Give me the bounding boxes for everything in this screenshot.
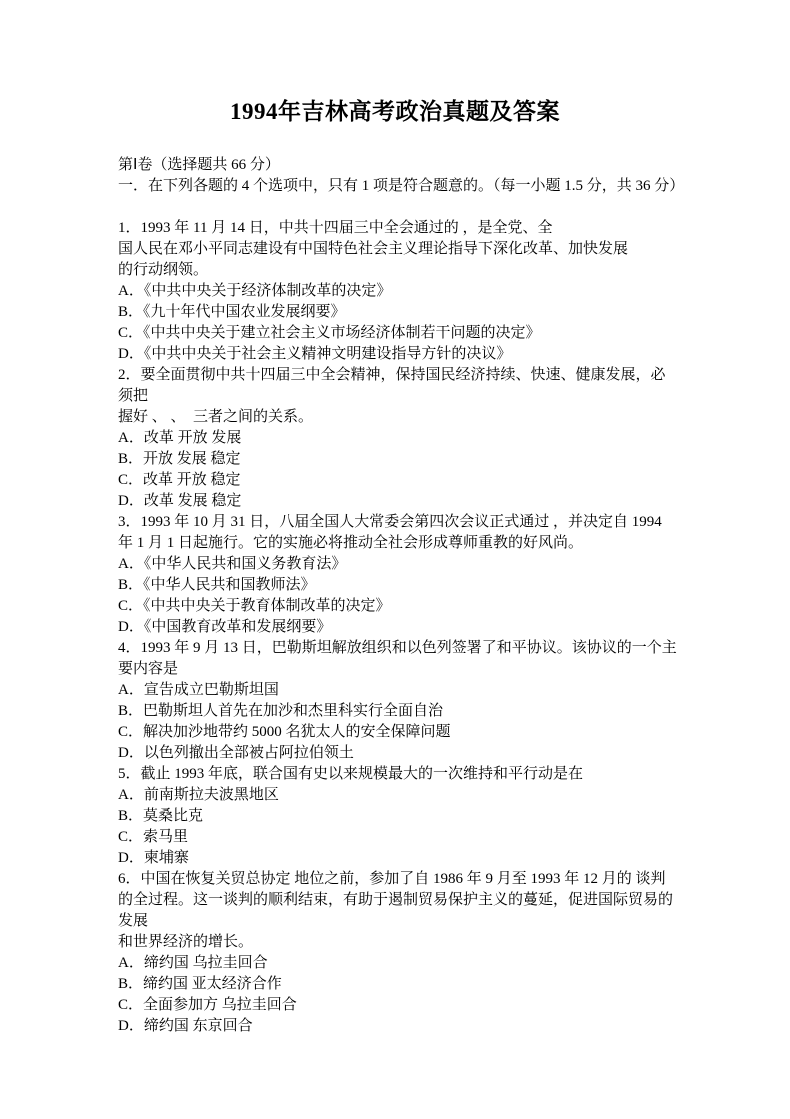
question-3-option-c: C．《中共中央关于教育体制改革的决定》: [118, 596, 680, 617]
section-header: 第Ⅰ卷（选择题共 66 分）: [118, 155, 680, 176]
question-4-option-b: B．巴勒斯坦人首先在加沙和杰里科实行全面自治: [118, 701, 680, 722]
document-title: 1994年吉林高考政治真题及答案: [0, 97, 790, 127]
question-5-option-c: C．索马里: [118, 827, 680, 848]
question-5-option-d: D．柬埔寨: [118, 848, 680, 869]
section-intro: 一．在下列各题的 4 个选项中，只有 1 项是符合题意的。（每一小题 1.5 分…: [118, 176, 680, 197]
question-4-option-c: C．解决加沙地带约 5000 名犹太人的安全保障问题: [118, 722, 680, 743]
question-1-option-b: B．《九十年代中国农业发展纲要》: [118, 302, 680, 323]
question-3-stem-line-1: 3．1993 年 10 月 31 日，八届全国人大常委会第四次会议正式通过 ，并…: [118, 512, 680, 533]
document-body: 第Ⅰ卷（选择题共 66 分） 一．在下列各题的 4 个选项中，只有 1 项是符合…: [118, 155, 680, 1037]
question-6-stem-line-1: 6．中国在恢复关贸总协定 地位之前，参加了自 1986 年 9 月至 1993 …: [118, 869, 680, 890]
question-4-option-d: D．以色列撤出全部被占阿拉伯领土: [118, 743, 680, 764]
question-2-option-c: C．改革 开放 稳定: [118, 470, 680, 491]
question-6-option-d: D．缔约国 东京回合: [118, 1016, 680, 1037]
document-page: 1994年吉林高考政治真题及答案 第Ⅰ卷（选择题共 66 分） 一．在下列各题的…: [0, 0, 790, 1119]
question-4-stem-line-1: 4．1993 年 9 月 13 日，巴勒斯坦解放组织和以色列签署了和平协议。该协…: [118, 638, 680, 659]
questions-container: 1．1993 年 11 月 14 日，中共十四届三中全会通过的 ，是全党、全国人…: [118, 218, 680, 1037]
question-2-option-a: A．改革 开放 发展: [118, 428, 680, 449]
question-1-option-d: D．《中共中央关于社会主义精神文明建设指导方针的决议》: [118, 344, 680, 365]
question-2-option-b: B．开放 发展 稳定: [118, 449, 680, 470]
question-6-option-a: A．缔约国 乌拉圭回合: [118, 953, 680, 974]
question-3-option-b: B．《中华人民共和国教师法》: [118, 575, 680, 596]
question-3-option-d: D．《中国教育改革和发展纲要》: [118, 617, 680, 638]
question-1-option-c: C．《中共中央关于建立社会主义市场经济体制若干问题的决定》: [118, 323, 680, 344]
question-6-option-c: C．全面参加方 乌拉圭回合: [118, 995, 680, 1016]
question-1-stem-line-1: 1．1993 年 11 月 14 日，中共十四届三中全会通过的 ，是全党、全: [118, 218, 680, 239]
question-6-stem-line-3: 和世界经济的增长。: [118, 932, 680, 953]
question-1-stem-line-2: 国人民在邓小平同志建设有中国特色社会主义理论指导下深化改革、加快发展: [118, 239, 680, 260]
question-5-option-b: B．莫桑比克: [118, 806, 680, 827]
question-6-option-b: B．缔约国 亚太经济合作: [118, 974, 680, 995]
question-4-option-a: A．宣告成立巴勒斯坦国: [118, 680, 680, 701]
blank-line: [118, 197, 680, 218]
question-1-stem-line-3: 的行动纲领。: [118, 260, 680, 281]
question-3-option-a: A．《中华人民共和国义务教育法》: [118, 554, 680, 575]
question-5-option-a: A．前南斯拉夫波黑地区: [118, 785, 680, 806]
question-6-stem-line-2: 的全过程。这一谈判的顺利结束，有助于遏制贸易保护主义的蔓延，促进国际贸易的发展: [118, 890, 680, 932]
question-2-stem-line-2: 握好 、 、 三者之间的关系。: [118, 407, 680, 428]
question-5-stem-line-1: 5．截止 1993 年底，联合国有史以来规模最大的一次维持和平行动是在: [118, 764, 680, 785]
question-2-stem-line-1: 2．要全面贯彻中共十四届三中全会精神，保持国民经济持续、快速、健康发展，必须把: [118, 365, 680, 407]
question-4-stem-line-2: 要内容是: [118, 659, 680, 680]
question-1-option-a: A．《中共中央关于经济体制改革的决定》: [118, 281, 680, 302]
question-3-stem-line-2: 年 1 月 1 日起施行。它的实施必将推动全社会形成尊师重教的好风尚。: [118, 533, 680, 554]
question-2-option-d: D．改革 发展 稳定: [118, 491, 680, 512]
